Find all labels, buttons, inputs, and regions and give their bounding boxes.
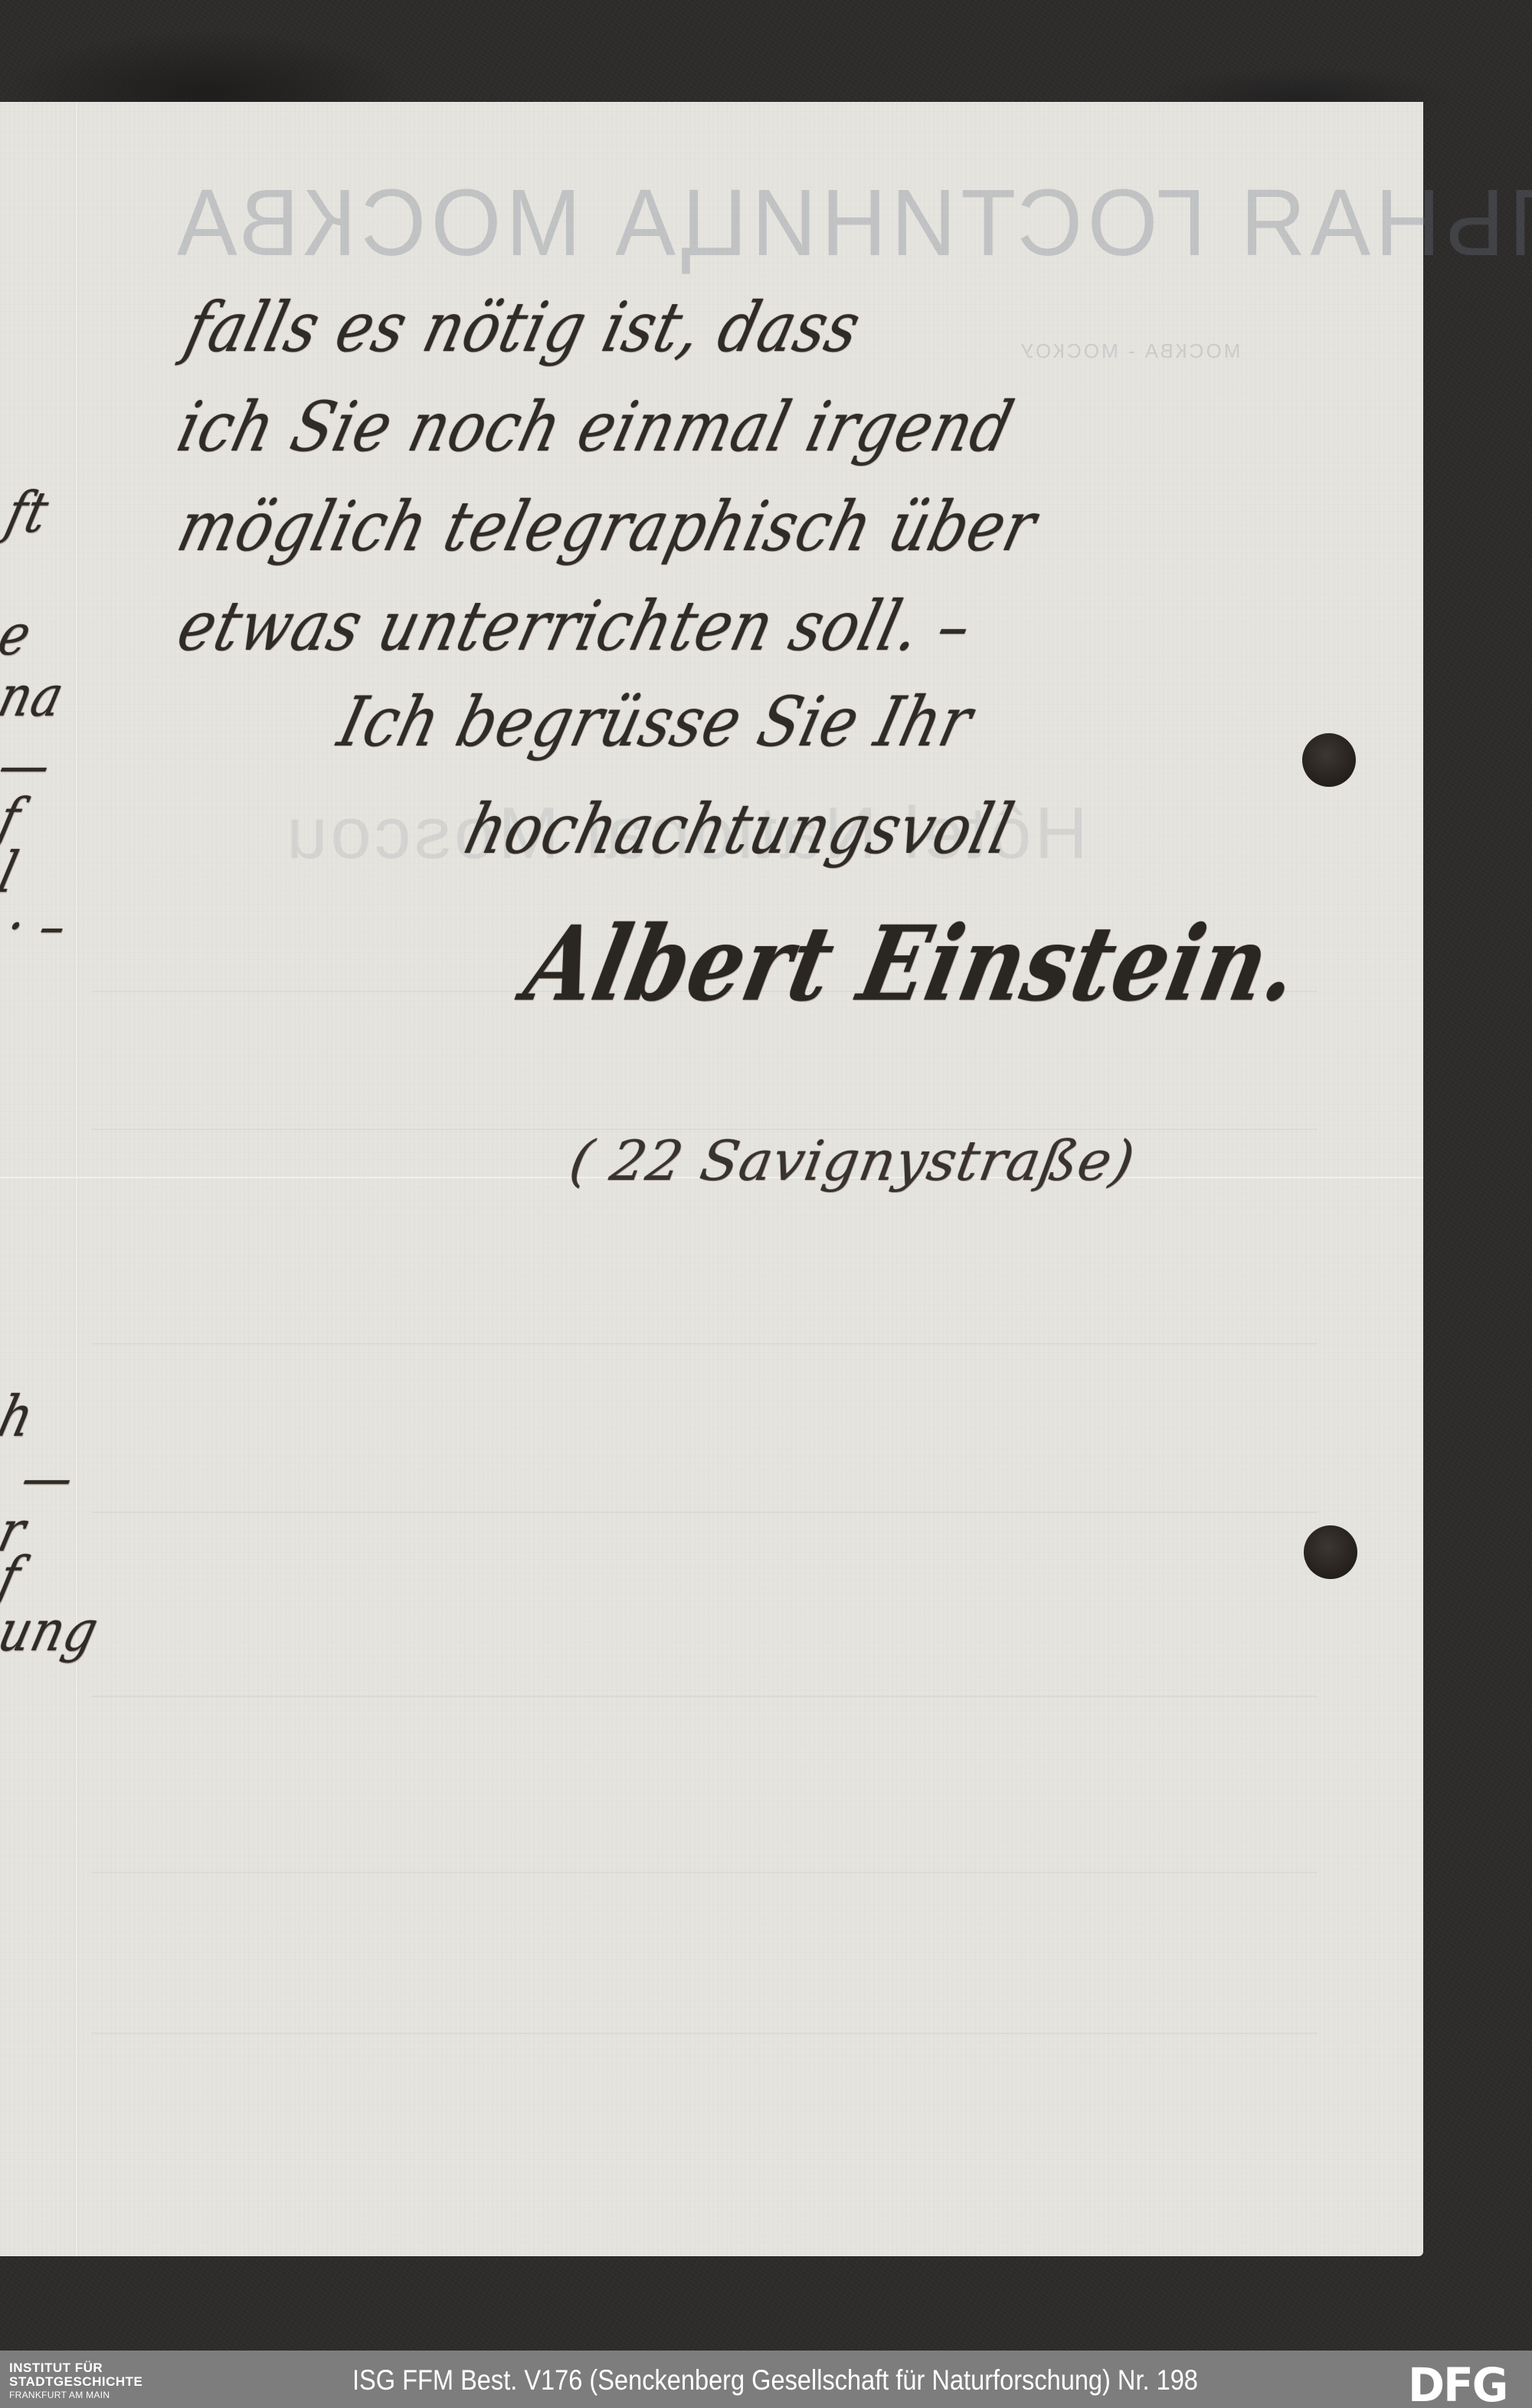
dfg-logo: DFG — [1408, 2362, 1507, 2408]
letter-line-2: ich Sie noch einmal irgend — [170, 388, 1021, 467]
signature: Albert Einstein. — [516, 904, 1310, 1024]
showthrough-rule — [92, 1872, 1318, 1873]
archive-footer-bar: INSTITUT FÜR STADTGESCHICHTE FRANKFURT A… — [0, 2351, 1532, 2408]
logo-line-1: INSTITUT FÜR — [9, 2361, 142, 2374]
showthrough-rule — [92, 1695, 1318, 1697]
letter-page: НАЦИОНАЛЬНАЯ ГОСТИНИЦА МОСКВА МОСКВА - М… — [0, 102, 1423, 2256]
letter-line-5: Ich begrüsse Sie Ihr — [331, 683, 980, 762]
letter-line-4: etwas unterrichten soll. – — [170, 587, 980, 667]
archive-reference: ISG FFM Best. V176 (Senckenberg Gesellsc… — [352, 2364, 1198, 2397]
letter-line-1: falls es nötig ist, dass — [178, 288, 868, 368]
left-fragment: e — [0, 603, 38, 668]
fold-line — [75, 102, 78, 2256]
punch-hole — [1302, 733, 1356, 787]
letter-line-3: möglich telegraphisch über — [170, 487, 1044, 567]
letter-closing: hochachtungsvoll — [457, 790, 1021, 870]
showthrough-rule — [92, 2033, 1318, 2034]
letterhead-showthrough-subline: МОСКВА - МОСКОУ — [1019, 339, 1240, 363]
left-fragment: na — [0, 664, 70, 729]
showthrough-rule — [92, 1343, 1318, 1345]
left-fragment: ung — [0, 1599, 105, 1664]
left-fragment: h — [0, 1384, 41, 1450]
left-fragment: · – — [0, 894, 74, 959]
letterhead-showthrough-title: НАЦИОНАЛЬНАЯ ГОСТИНИЦА МОСКВА — [172, 169, 1532, 278]
institut-stadtgeschichte-logo: INSTITUT FÜR STADTGESCHICHTE FRANKFURT A… — [9, 2361, 142, 2400]
left-fragment: ft — [0, 480, 55, 545]
logo-line-3: FRANKFURT AM MAIN — [9, 2390, 142, 2400]
showthrough-rule — [92, 1512, 1318, 1513]
logo-line-2: STADTGESCHICHTE — [9, 2375, 142, 2388]
punch-hole — [1304, 1525, 1357, 1579]
address-note: ( 22 Savignystraße) — [565, 1129, 1140, 1193]
